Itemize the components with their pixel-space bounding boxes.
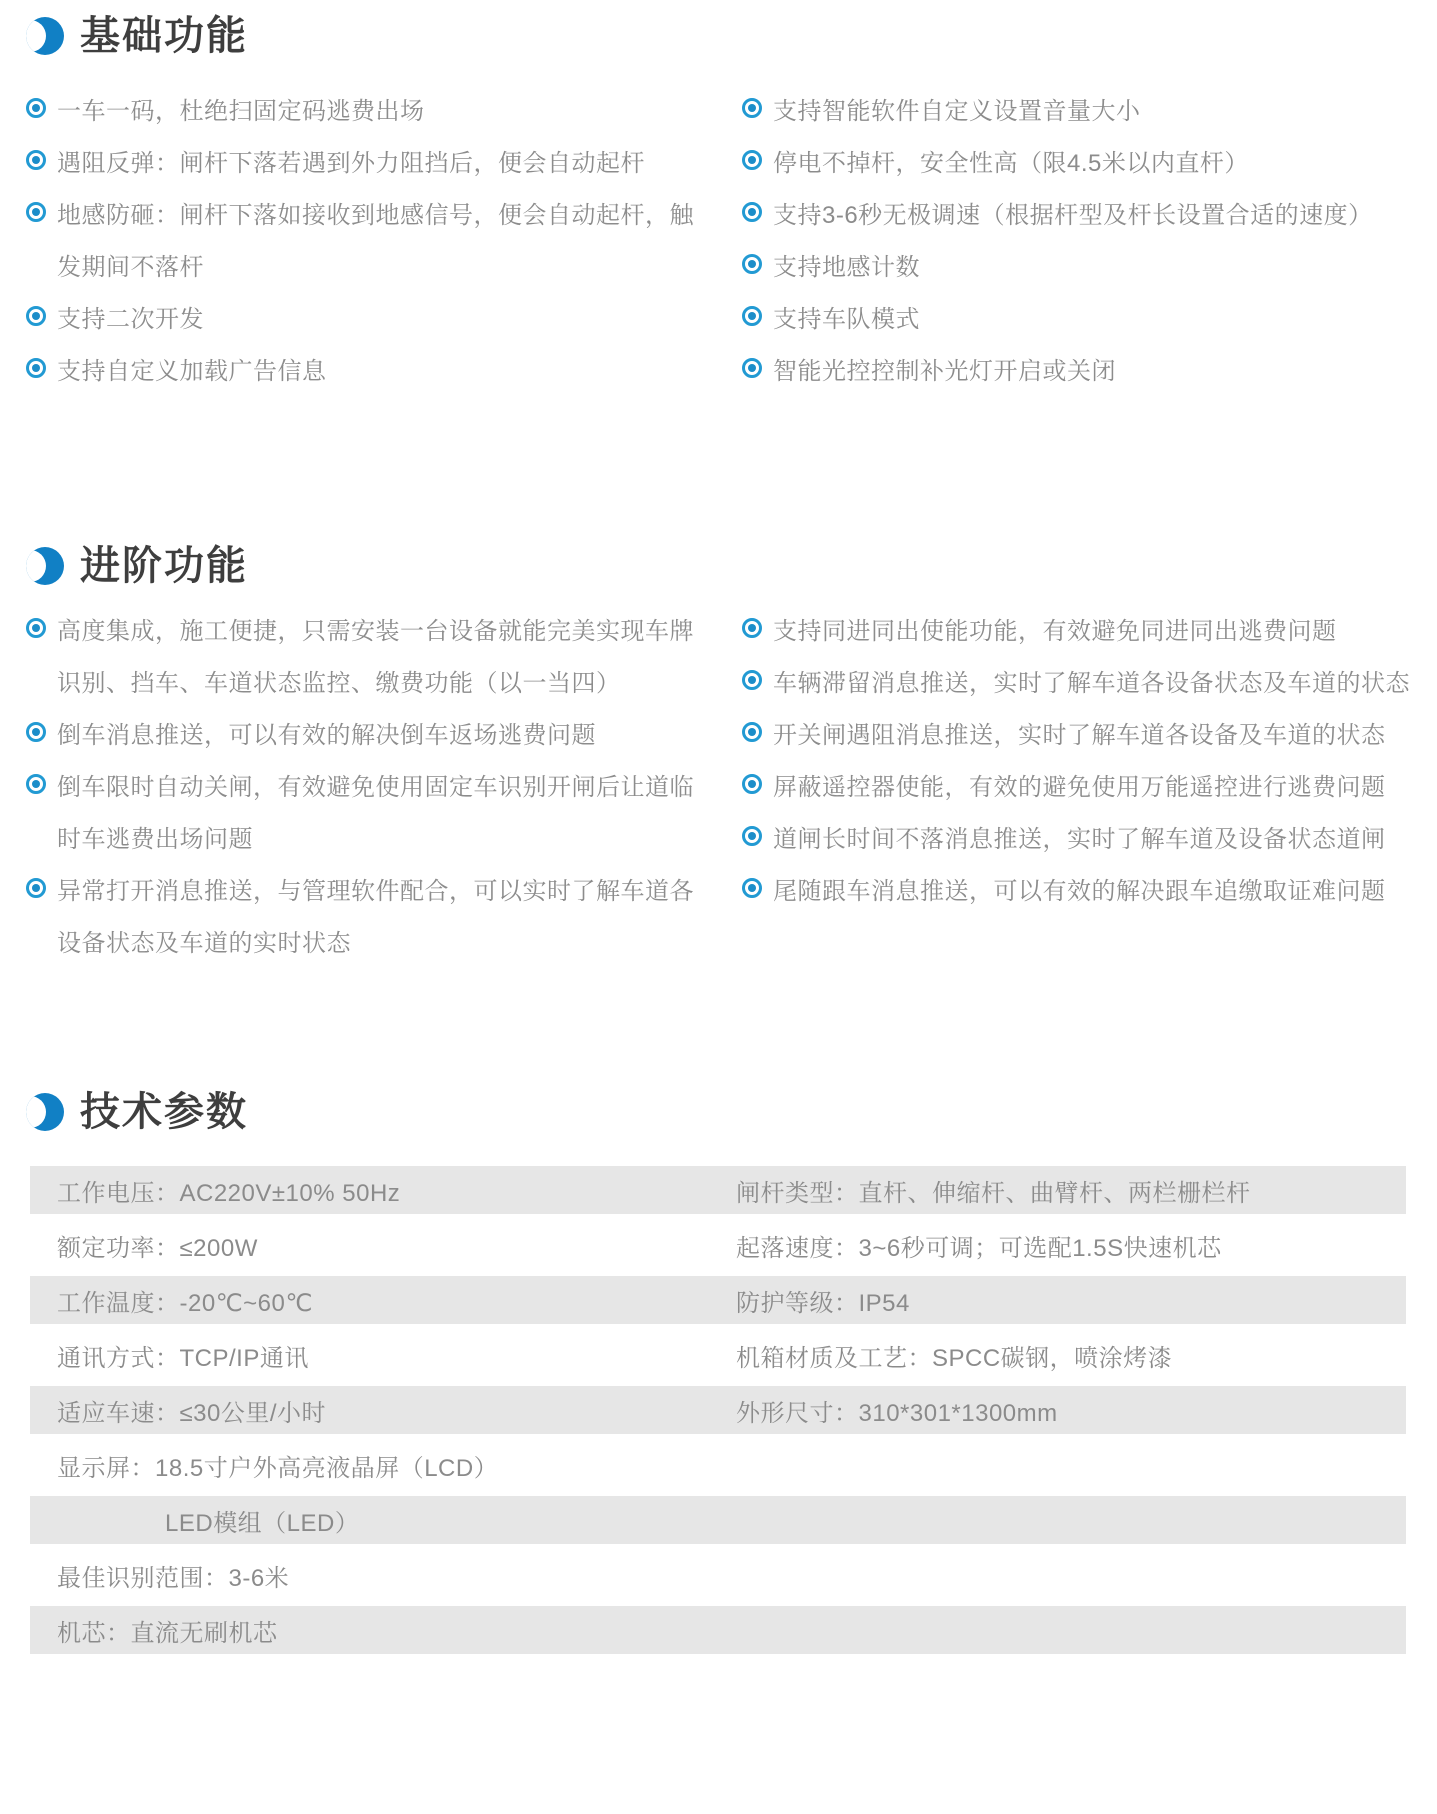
feature-item-text: 屏蔽遥控器使能，有效的避免使用万能遥控进行逃费问题: [773, 758, 1422, 810]
technical-specs-title-row: 技术参数: [0, 1086, 1437, 1138]
feature-item: 一车一码，杜绝扫固定码逃费出场: [26, 82, 726, 134]
section-basic-functions: 基础功能 一车一码，杜绝扫固定码逃费出场遇阻反弹：闸杆下落若遇到外力阻挡后，便会…: [0, 10, 1437, 82]
spec-row: 额定功率：≤200W起落速度：3~6秒可调；可选配1.5S快速机芯: [30, 1214, 1406, 1276]
spec-row: 工作电压：AC220V±10% 50Hz闸杆类型：直杆、伸缩杆、曲臂杆、两栏栅栏…: [30, 1166, 1406, 1214]
feature-item: 屏蔽遥控器使能，有效的避免使用万能遥控进行逃费问题: [742, 758, 1422, 810]
feature-item-text: 倒车消息推送，可以有效的解决倒车返场逃费问题: [57, 706, 726, 758]
feature-item: 支持智能软件自定义设置音量大小: [742, 82, 1422, 134]
feature-item: 尾随跟车消息推送，可以有效的解决跟车追缴取证难问题: [742, 862, 1422, 914]
spec-row: 适应车速：≤30公里/小时外形尺寸：310*301*1300mm: [30, 1386, 1406, 1434]
spec-cell-left: 显示屏：18.5寸户外高亮液晶屏（LCD）: [57, 1434, 498, 1496]
bullet-target-icon: [26, 306, 46, 326]
bullet-target-icon: [742, 98, 762, 118]
feature-item: 智能光控控制补光灯开启或关闭: [742, 342, 1422, 394]
feature-item-text: 高度集成，施工便捷，只需安装一台设备就能完美实现车牌: [57, 602, 726, 654]
spec-cell-right: 闸杆类型：直杆、伸缩杆、曲臂杆、两栏栅栏杆: [736, 1166, 1251, 1214]
technical-specs-title: 技术参数: [80, 1092, 248, 1132]
basic-functions-title: 基础功能: [80, 16, 248, 56]
feature-item-text: 道闸长时间不落消息推送，实时了解车道及设备状态道闸: [773, 810, 1422, 862]
feature-item: 倒车限时自动关闸，有效避免使用固定车识别开闸后让道临时车逃费出场问题: [26, 758, 726, 862]
advanced-functions-title-row: 进阶功能: [0, 540, 1437, 592]
bullet-target-icon: [742, 254, 762, 274]
feature-item: 高度集成，施工便捷，只需安装一台设备就能完美实现车牌识别、挡车、车道状态监控、缴…: [26, 602, 726, 706]
feature-item-text: 支持同进同出使能功能，有效避免同进同出逃费问题: [773, 602, 1422, 654]
feature-item-text: 发期间不落杆: [57, 238, 726, 290]
spec-cell-right: 外形尺寸：310*301*1300mm: [736, 1386, 1058, 1434]
feature-item-text: 支持车队模式: [773, 290, 1422, 342]
bullet-target-icon: [742, 306, 762, 326]
advanced-functions-column-left: 高度集成，施工便捷，只需安装一台设备就能完美实现车牌识别、挡车、车道状态监控、缴…: [26, 602, 726, 966]
spec-row: 机芯：直流无刷机芯: [30, 1606, 1406, 1654]
spec-cell-left: 额定功率：≤200W: [57, 1214, 258, 1276]
bullet-target-icon: [26, 878, 46, 898]
section-advanced-functions: 进阶功能 高度集成，施工便捷，只需安装一台设备就能完美实现车牌识别、挡车、车道状…: [0, 540, 1437, 602]
feature-item-text: 倒车限时自动关闸，有效避免使用固定车识别开闸后让道临: [57, 758, 726, 810]
spec-cell-left: 工作温度：-20℃~60℃: [57, 1276, 313, 1324]
section-marker-icon: [26, 547, 64, 585]
bullet-target-icon: [26, 358, 46, 378]
spec-row: LED模组（LED）: [30, 1496, 1406, 1544]
spec-row: 最佳识别范围：3-6米: [30, 1544, 1406, 1606]
feature-item: 异常打开消息推送，与管理软件配合，可以实时了解车道各设备状态及车道的实时状态: [26, 862, 726, 966]
feature-item: 地感防砸：闸杆下落如接收到地感信号，便会自动起杆，触发期间不落杆: [26, 186, 726, 290]
bullet-target-icon: [26, 202, 46, 222]
spec-cell-left: LED模组（LED）: [165, 1496, 359, 1544]
spec-table: 工作电压：AC220V±10% 50Hz闸杆类型：直杆、伸缩杆、曲臂杆、两栏栅栏…: [0, 1166, 1437, 1654]
feature-item: 停电不掉杆，安全性高（限4.5米以内直杆）: [742, 134, 1422, 186]
section-marker-icon: [26, 1093, 64, 1131]
feature-item: 支持同进同出使能功能，有效避免同进同出逃费问题: [742, 602, 1422, 654]
section-marker-icon: [26, 17, 64, 55]
feature-item-text: 异常打开消息推送，与管理软件配合，可以实时了解车道各: [57, 862, 726, 914]
feature-item-text: 时车逃费出场问题: [57, 810, 726, 862]
bullet-target-icon: [26, 774, 46, 794]
bullet-target-icon: [742, 202, 762, 222]
bullet-target-icon: [26, 98, 46, 118]
basic-functions-column-left: 一车一码，杜绝扫固定码逃费出场遇阻反弹：闸杆下落若遇到外力阻挡后，便会自动起杆地…: [26, 82, 726, 394]
basic-functions-title-row: 基础功能: [0, 10, 1437, 62]
feature-item: 倒车消息推送，可以有效的解决倒车返场逃费问题: [26, 706, 726, 758]
bullet-target-icon: [26, 150, 46, 170]
feature-item-text: 一车一码，杜绝扫固定码逃费出场: [57, 82, 726, 134]
bullet-target-icon: [742, 826, 762, 846]
feature-item-text: 尾随跟车消息推送，可以有效的解决跟车追缴取证难问题: [773, 862, 1422, 914]
bullet-target-icon: [742, 878, 762, 898]
feature-item-text: 开关闸遇阻消息推送，实时了解车道各设备及车道的状态: [773, 706, 1422, 758]
bullet-target-icon: [742, 670, 762, 690]
bullet-target-icon: [742, 618, 762, 638]
spec-row: 工作温度：-20℃~60℃防护等级：IP54: [30, 1276, 1406, 1324]
feature-item: 车辆滞留消息推送，实时了解车道各设备状态及车道的状态: [742, 654, 1422, 706]
spec-cell-left: 机芯：直流无刷机芯: [57, 1606, 278, 1654]
advanced-functions-column-right: 支持同进同出使能功能，有效避免同进同出逃费问题车辆滞留消息推送，实时了解车道各设…: [742, 602, 1422, 914]
spec-cell-right: 起落速度：3~6秒可调；可选配1.5S快速机芯: [736, 1214, 1222, 1276]
advanced-functions-title: 进阶功能: [80, 546, 248, 586]
spec-cell-left: 最佳识别范围：3-6米: [57, 1544, 289, 1606]
feature-item-text: 支持地感计数: [773, 238, 1422, 290]
feature-item-text: 支持智能软件自定义设置音量大小: [773, 82, 1422, 134]
feature-item-text: 地感防砸：闸杆下落如接收到地感信号，便会自动起杆，触: [57, 186, 726, 238]
spec-cell-left: 通讯方式：TCP/IP通讯: [57, 1324, 309, 1386]
feature-item: 支持地感计数: [742, 238, 1422, 290]
feature-item-text: 停电不掉杆，安全性高（限4.5米以内直杆）: [773, 134, 1422, 186]
feature-item: 道闸长时间不落消息推送，实时了解车道及设备状态道闸: [742, 810, 1422, 862]
spec-cell-left: 适应车速：≤30公里/小时: [57, 1386, 326, 1434]
bullet-target-icon: [742, 774, 762, 794]
spec-row: 显示屏：18.5寸户外高亮液晶屏（LCD）: [30, 1434, 1406, 1496]
feature-item-text: 支持3-6秒无极调速（根据杆型及杆长设置合适的速度）: [773, 186, 1422, 238]
spec-row: 通讯方式：TCP/IP通讯机箱材质及工艺：SPCC碳钢，喷涂烤漆: [30, 1324, 1406, 1386]
feature-item-text: 车辆滞留消息推送，实时了解车道各设备状态及车道的状态: [773, 654, 1422, 706]
feature-item: 遇阻反弹：闸杆下落若遇到外力阻挡后，便会自动起杆: [26, 134, 726, 186]
feature-item-text: 智能光控控制补光灯开启或关闭: [773, 342, 1422, 394]
feature-item: 支持3-6秒无极调速（根据杆型及杆长设置合适的速度）: [742, 186, 1422, 238]
basic-functions-column-right: 支持智能软件自定义设置音量大小停电不掉杆，安全性高（限4.5米以内直杆）支持3-…: [742, 82, 1422, 394]
feature-item-text: 遇阻反弹：闸杆下落若遇到外力阻挡后，便会自动起杆: [57, 134, 726, 186]
feature-item: 支持车队模式: [742, 290, 1422, 342]
bullet-target-icon: [26, 618, 46, 638]
feature-item: 开关闸遇阻消息推送，实时了解车道各设备及车道的状态: [742, 706, 1422, 758]
feature-item: 支持二次开发: [26, 290, 726, 342]
spec-cell-left: 工作电压：AC220V±10% 50Hz: [57, 1166, 400, 1214]
feature-item-text: 识别、挡车、车道状态监控、缴费功能（以一当四）: [57, 654, 726, 706]
feature-item-text: 支持二次开发: [57, 290, 726, 342]
feature-item-text: 支持自定义加载广告信息: [57, 342, 726, 394]
bullet-target-icon: [26, 722, 46, 742]
bullet-target-icon: [742, 150, 762, 170]
feature-item: 支持自定义加载广告信息: [26, 342, 726, 394]
spec-cell-right: 机箱材质及工艺：SPCC碳钢，喷涂烤漆: [736, 1324, 1172, 1386]
spec-cell-right: 防护等级：IP54: [736, 1276, 910, 1324]
feature-item-text: 设备状态及车道的实时状态: [57, 914, 726, 966]
bullet-target-icon: [742, 722, 762, 742]
bullet-target-icon: [742, 358, 762, 378]
section-technical-specs: 技术参数 工作电压：AC220V±10% 50Hz闸杆类型：直杆、伸缩杆、曲臂杆…: [0, 1086, 1437, 1654]
